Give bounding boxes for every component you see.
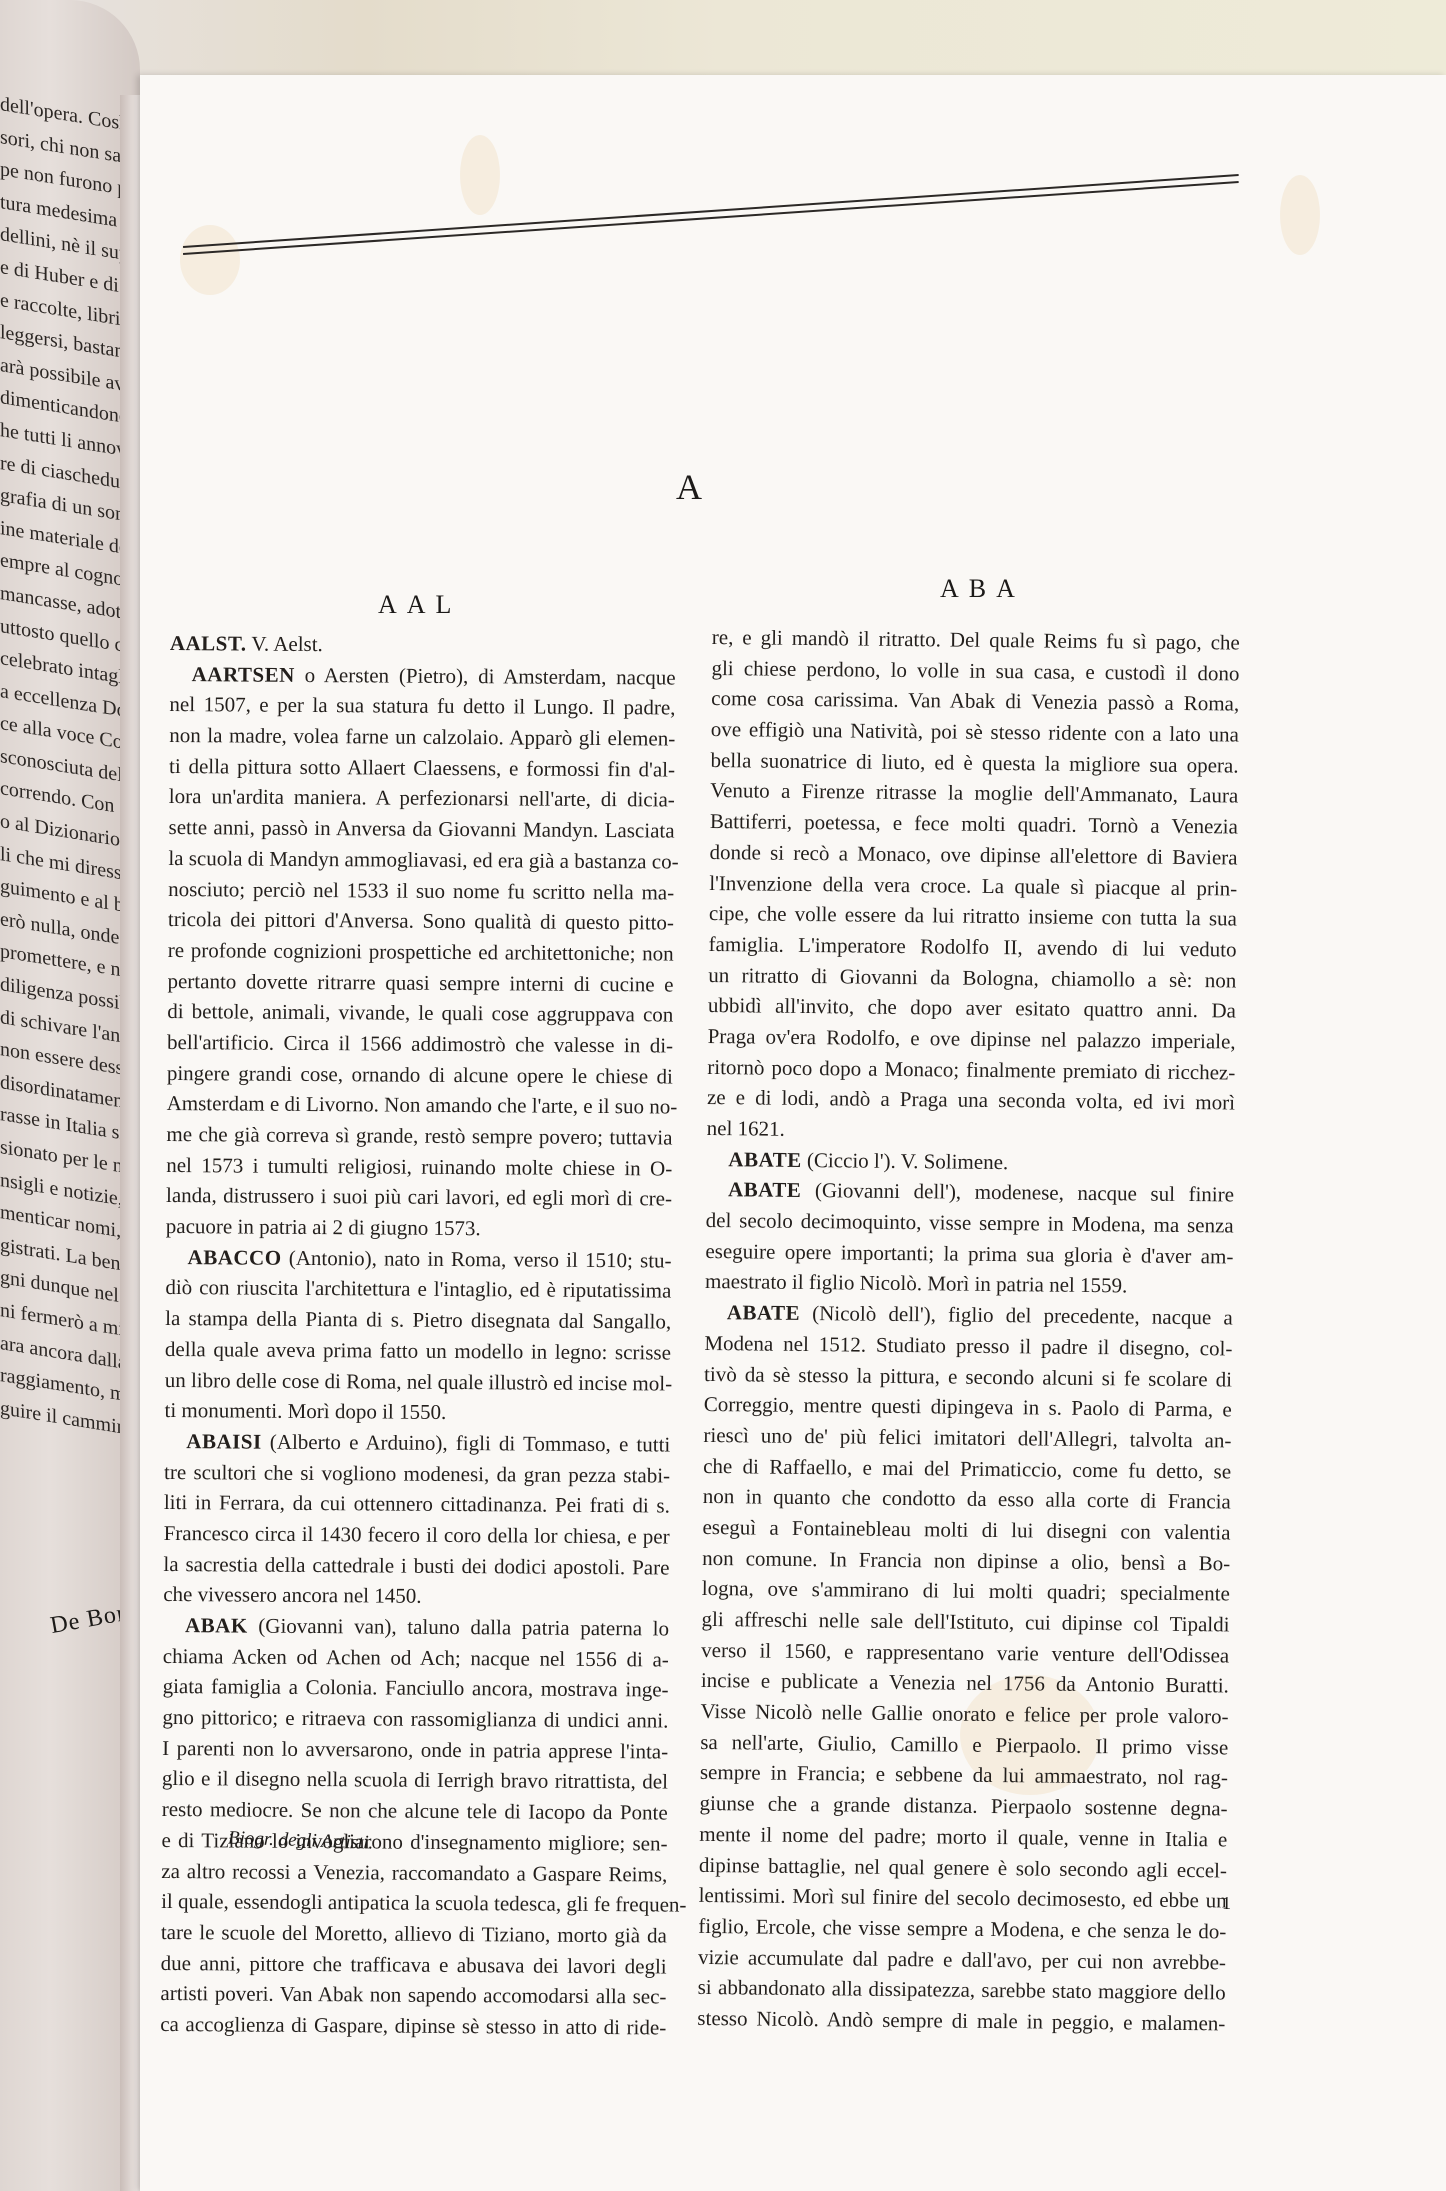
text-line: della quale aveva prima fatto un modello… [165,1334,671,1368]
text-line: che vivessero ancora nel 1450. [163,1579,669,1613]
text-line: un libro delle cose di Roma, nel quale i… [165,1364,671,1398]
text-line: I parenti non lo avversarono, onde in pa… [162,1733,668,1767]
text-line: resto mediocre. Se non che alcune tele d… [162,1794,668,1828]
section-letter: A [676,466,702,508]
text-line: me che già correva sì grande, restò semp… [166,1119,672,1153]
text-line: lora un'ardita maniera. A perfezionarsi … [169,781,675,815]
text-line: liti in Ferrara, da cui ottennero cittad… [164,1487,670,1521]
text-line: eseguì a Fontainebleau molti di lui dise… [702,1512,1230,1548]
text-line: stesso Nicolò. Andò sempre di male in pe… [697,2003,1225,2039]
left-page: dell'opera. Così, per esempio,sori, chi … [0,0,140,2191]
text-line: pacuore in patria ai 2 di giugno 1573. [166,1211,672,1245]
text-line: ca accoglienza di Gaspare, dipinse sè st… [160,2009,666,2043]
text-line: mente il nome del padre; morto il quale,… [699,1819,1227,1855]
entry-headword-line: AARTSEN o Aersten (Pietro), di Amsterdam… [170,659,676,693]
text-line: la stampa della Pianta di s. Pietro dise… [165,1303,671,1337]
text-line: nel 1507, e per la sua statura fu detto … [169,689,675,723]
text-line: sette anni, passò in Anversa da Giovanni… [169,812,675,846]
text-line: chiama Acken od Achen od Ach; nacque nel… [163,1641,669,1675]
entry-headword-line: ABAISI (Alberto e Arduino), figli di Tom… [164,1426,670,1460]
text-line: Modena nel 1512. Studiato presso il padr… [704,1328,1232,1364]
text-line: tricola dei pittori d'Anversa. Sono qual… [168,904,674,938]
entry-headword-line: ABACCO (Antonio), nato in Roma, verso il… [166,1242,672,1276]
text-line: glio e il disegno nella scuola di Ierrig… [162,1763,668,1797]
text-line: za altro recossi a Venezia, raccomandato… [161,1855,667,1889]
text-line: la scuola di Mandyn ammogliavasi, ed era… [168,843,674,877]
text-line: la sacrestia della cattedrale i busti de… [163,1549,669,1583]
text-line: riescì uno de' più felici imitatori dell… [703,1420,1231,1456]
entry-headword: AALST. [170,631,247,656]
entry-headword: ABAISI [186,1429,262,1454]
text-line: figlio, Ercole, che visse sempre a Moden… [698,1911,1226,1947]
text-line: gli affreschi nelle sale dell'Istituto, … [701,1604,1229,1640]
text-line: famiglia. L'imperatore Rodolfo II, avend… [708,929,1236,965]
text-line: bell'artificio. Circa il 1566 addimostrò… [167,1027,673,1061]
entry-headword: ABATE [728,1178,802,1203]
text-line: ze e di lodi, andò a Praga una seconda v… [707,1082,1235,1118]
page-number: 1 [1222,1893,1231,1914]
text-line: Francesco circa il 1430 fecero il coro d… [164,1518,670,1552]
text-line: pertanto dovette ritrarre quasi sempre i… [167,966,673,1000]
text-line: nel 1573 i tumulti religiosi, ruinando m… [166,1150,672,1184]
text-line: donde si recò a Monaco, ove dipinse all'… [709,837,1237,873]
text-line: giata famiglia a Colonia. Fanciullo anco… [163,1671,669,1705]
text-line: Amsterdam e di Livorno. Non amando che l… [167,1088,673,1122]
text-line: tare le scuole del Moretto, allievo di T… [161,1917,667,1951]
entry-headword-line: AALST. V. Aelst. [170,628,676,662]
text-line: ti della pittura sotto Allaert Claessens… [169,751,675,785]
text-line: nosciuto; perciò nel 1533 il suo nome fu… [168,873,674,907]
text-line: artisti poveri. Van Abak non sapendo acc… [160,1978,666,2012]
text-line: di bettole, animali, vivande, le quali c… [167,996,673,1030]
text-line: tre scultori che si vogliono modenesi, d… [164,1457,670,1491]
right-column-text: re, e gli mandò il ritratto. Del quale R… [697,622,1240,2039]
entry-headword: AARTSEN [192,662,295,687]
left-page-text: dell'opera. Così, per esempio,sori, chi … [0,88,130,1445]
text-line: re profonde cognizioni prospettiche ed a… [168,935,674,969]
text-line: diò con riuscita l'architettura e l'inta… [165,1272,671,1306]
text-line: ti monumenti. Morì dopo il 1550. [164,1395,670,1429]
text-line: pingere grandi cose, ornando di alcune o… [167,1058,673,1092]
entry-headword-line: ABAK (Giovanni van), taluno dalla patria… [163,1610,669,1644]
text-line: landa, distrussero i suoi più cari lavor… [166,1180,672,1214]
entry-headword: ABACCO [188,1245,282,1270]
text-line: il quale, essendogli antipatica la scuol… [161,1886,667,1920]
entry-headword: ABAK [185,1613,248,1637]
entry-headword: ABATE [728,1147,802,1172]
text-line: Praga ov'era Rodolfo, e ove dipinse nel … [708,1021,1236,1057]
entry-headword: ABATE [727,1300,801,1325]
text-line: non la madre, volea farne un calzolaio. … [169,720,675,754]
text-line: re, e gli mandò il ritratto. Del quale R… [712,622,1240,658]
text-line: due anni, pittore che trafficava e abusa… [161,1948,667,1982]
running-head-right: ABA [940,574,1025,604]
text-line: gno pittorico; e ritraeva con rassomigli… [162,1702,668,1736]
running-head-left: AAL [378,590,461,620]
